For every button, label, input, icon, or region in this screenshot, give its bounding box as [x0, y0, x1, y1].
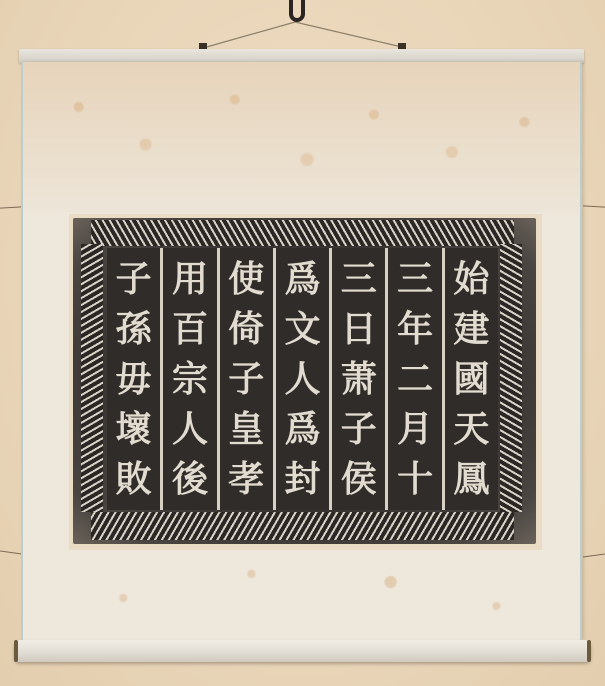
inscription-column: 三 日 萧 子 侯: [329, 248, 385, 510]
inscription-char: 子: [228, 354, 264, 404]
inscription-char: 皇: [228, 404, 264, 454]
inscription-char: 子: [116, 254, 152, 304]
inscription-char: 萧: [341, 354, 377, 404]
hatched-border-top: [91, 220, 514, 246]
inscription-char: 用: [172, 254, 208, 304]
hatched-border-bottom: [91, 512, 514, 540]
inscription-char: 封: [285, 454, 321, 504]
hanging-hook-icon: [289, 0, 305, 22]
scroll-top-rod: [19, 49, 584, 63]
inscription-char: 宗: [172, 354, 208, 404]
rubbing-paper: 始 建 國 天 鳳 三 年 二 月 十 三 日 萧 子: [69, 214, 542, 550]
inscription-char: 爲: [285, 404, 321, 454]
inscription-char: 三: [341, 254, 377, 304]
inscription-char: 人: [285, 354, 321, 404]
inscription-char: 三: [397, 254, 433, 304]
inscription-column: 子 孫 毋 壞 敗: [107, 248, 160, 510]
inscription-char: 始: [453, 254, 489, 304]
ink-rubbing: 始 建 國 天 鳳 三 年 二 月 十 三 日 萧 子: [73, 218, 536, 544]
inscription-char: 文: [285, 304, 321, 354]
inscription-panel: 始 建 國 天 鳳 三 年 二 月 十 三 日 萧 子: [107, 248, 498, 510]
inscription-char: 侯: [341, 454, 377, 504]
scroll-bottom-roller: [14, 640, 591, 662]
inscription-char: 子: [341, 404, 377, 454]
inscription-char: 鳳: [453, 454, 489, 504]
inscription-char: 後: [172, 454, 208, 504]
inscription-char: 建: [453, 304, 489, 354]
hatched-border-left: [81, 244, 103, 512]
inscription-char: 年: [397, 304, 433, 354]
inscription-char: 百: [172, 304, 208, 354]
scroll-mount: 始 建 國 天 鳳 三 年 二 月 十 三 日 萧 子: [21, 62, 582, 640]
hatched-border-right: [500, 244, 522, 512]
inscription-char: 敗: [116, 454, 152, 504]
inscription-char: 二: [397, 354, 433, 404]
foxing-stains-top: [23, 62, 580, 212]
inscription-column: 爲 文 人 爲 封: [273, 248, 329, 510]
inscription-char: 孝: [228, 454, 264, 504]
inscription-char: 人: [172, 404, 208, 454]
inscription-char: 倚: [228, 304, 264, 354]
inscription-char: 十: [397, 454, 433, 504]
inscription-char: 爲: [285, 254, 321, 304]
inscription-column: 用 百 宗 人 後: [160, 248, 216, 510]
inscription-column: 三 年 二 月 十: [385, 248, 441, 510]
inscription-column: 始 建 國 天 鳳: [442, 248, 498, 510]
inscription-char: 孫: [116, 304, 152, 354]
inscription-char: 月: [397, 404, 433, 454]
roller-end-cap-right: [587, 640, 591, 662]
inscription-char: 日: [341, 304, 377, 354]
inscription-char: 毋: [116, 354, 152, 404]
inscription-char: 壞: [116, 404, 152, 454]
inscription-char: 使: [228, 254, 264, 304]
foxing-stains-bottom: [23, 550, 580, 630]
inscription-char: 國: [453, 354, 489, 404]
inscription-column: 使 倚 子 皇 孝: [217, 248, 273, 510]
inscription-char: 天: [453, 404, 489, 454]
roller-end-cap-left: [14, 640, 18, 662]
